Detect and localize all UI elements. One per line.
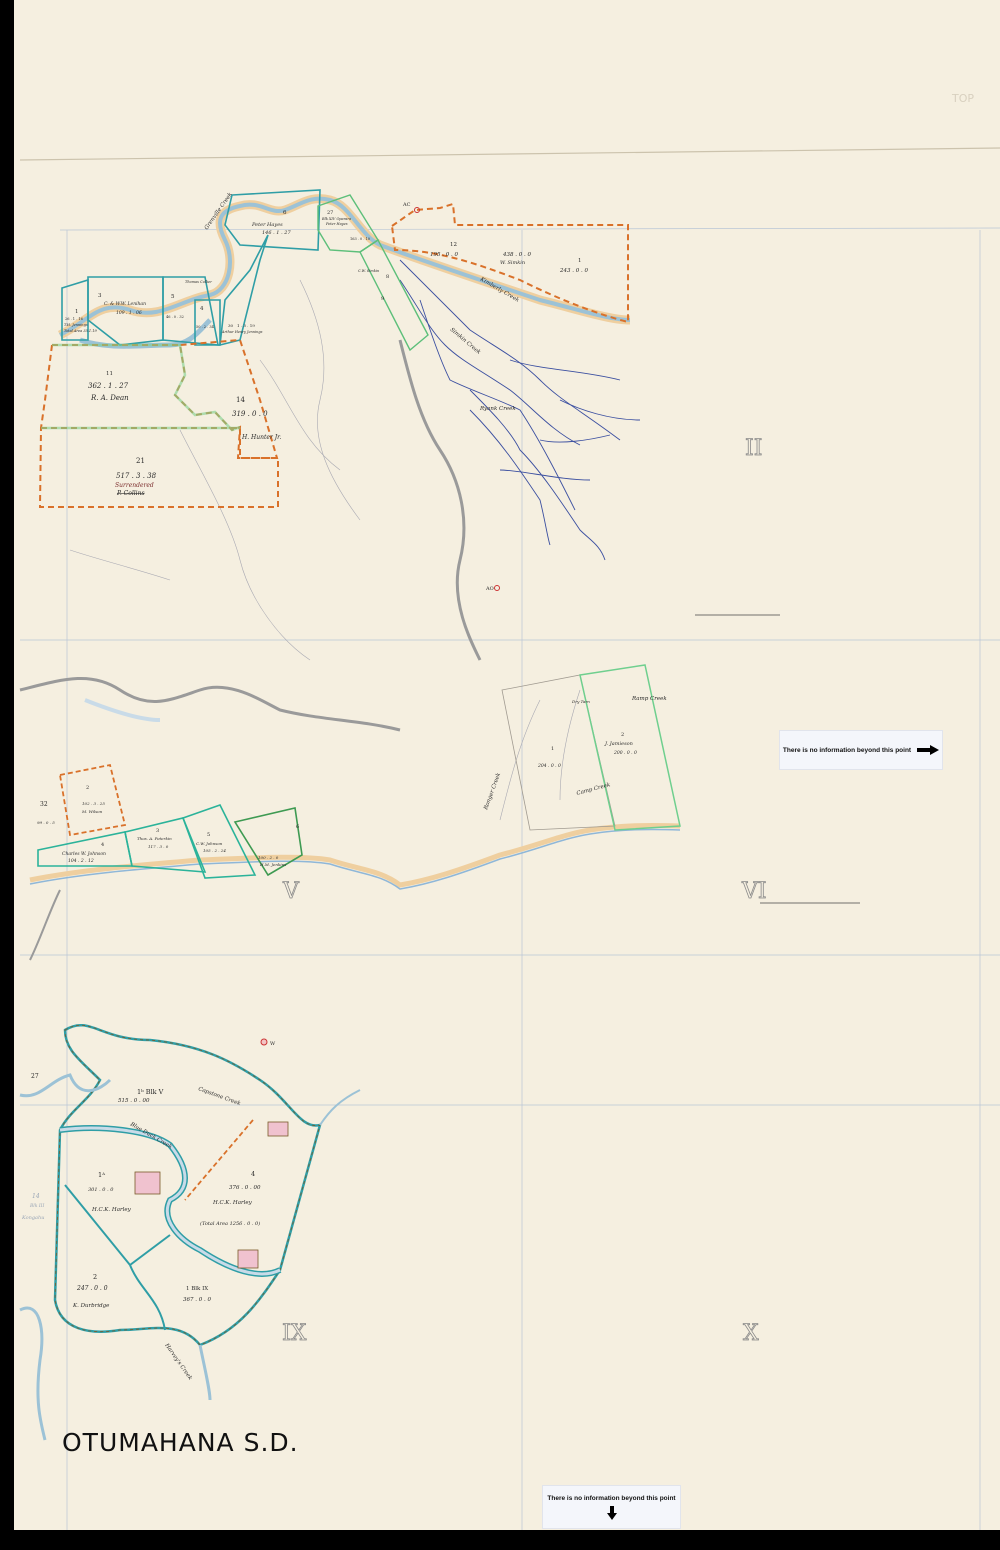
parcel-2-low-owner: K. Durbridge	[72, 1303, 110, 1309]
parcel-3-area: 109 . 1 . 06	[116, 310, 142, 316]
block-vi: VI	[741, 879, 767, 904]
parcel-12-area: 195 . 0 . 0	[430, 252, 458, 258]
parcel-2-mid-num: 2	[86, 785, 89, 791]
parcel-11-area: 362 . 1 . 27	[88, 382, 129, 390]
parcel-2-camp-area: 200 . 0 . 0	[613, 750, 637, 756]
parcel-1a-area: 301 . 0 . 0	[88, 1187, 114, 1193]
parcel-1-camp-area: 204 . 0 . 0	[537, 763, 561, 769]
parcel-14-area: 319 . 0 . 0	[232, 410, 268, 418]
no-info-note-right-text: There is no information beyond this poin…	[783, 747, 911, 754]
parcel-5-area: 46 . 0 . 32	[166, 315, 184, 319]
creek-blue-duck: Blue Duck Creek	[128, 1121, 173, 1151]
block-ii: II	[745, 436, 762, 461]
block-v: V	[282, 879, 300, 904]
parcel-6-mid-num: 6	[296, 824, 299, 830]
parcel-3-mid-area: 117 . 3 . 0	[148, 844, 169, 849]
parcel-5-num: 5	[171, 294, 175, 300]
parcel-21-owner: P. Collins	[116, 490, 145, 497]
creek-ryank: Ryank Creek	[479, 406, 516, 412]
parcel-simkin-area: 438 . 0 . 0	[502, 252, 531, 258]
parcel-1-owner: T.H. Jennings	[64, 323, 88, 327]
parcel-4-low-note: (Total Area 1256 . 0 . 0)	[200, 1220, 260, 1227]
parcel-1-simkin-num: 1	[578, 258, 582, 264]
parcel-2-mid-owner: M. Wilson	[81, 809, 103, 814]
parcel-27-note: Blk XIV Oparara	[321, 217, 351, 221]
parcel-30-owner: Arthur Henry Jennings	[221, 330, 263, 334]
parcel-2-low-area: 247 . 0 . 0	[76, 1285, 108, 1292]
main-river-grey	[20, 340, 480, 730]
parcel-32-num: 32	[40, 801, 48, 808]
trig-ac-label: AC	[402, 202, 411, 208]
parcel-14-owner: H. Hunter Jr.	[241, 434, 281, 441]
creek-ramp: Ramp Creek	[631, 696, 667, 702]
parcel-1-note: Total Area 35.1.19	[64, 329, 97, 333]
parcel-1-camp-num: 1	[551, 746, 554, 752]
parcel-14-num: 14	[236, 396, 245, 404]
parcel-27-owner: Peter Hayes	[325, 222, 348, 226]
parcel-1-num: 1	[75, 309, 79, 315]
parcel-21-area: 517 . 3 . 38	[116, 472, 157, 480]
parcel-11-owner: R. A. Dean	[90, 394, 129, 402]
parcel-14-kongahu-block: Blk III	[29, 1203, 44, 1209]
no-info-note-right: There is no information beyond this poin…	[779, 730, 943, 770]
parcel-4-mid-area: 104 . 2 . 12	[68, 858, 94, 864]
parcel-27-num: 27	[327, 210, 333, 216]
parcel-4-low-num: 4	[251, 1170, 255, 1178]
parcel-8-num: 8	[386, 274, 389, 280]
no-info-note-down: There is no information beyond this poin…	[542, 1485, 681, 1529]
parcel-5-mid-area: 105 . 2 . 24	[203, 848, 226, 853]
creek-network	[400, 260, 640, 560]
parcel-27-area: 163 . 0 . 10	[350, 237, 370, 241]
parcel-6-mid-area: 100 . 2 . 0	[258, 855, 279, 860]
parcel-1-simkin-area: 243 . 0 . 0	[559, 268, 588, 274]
parcel-4-mid-num: 4	[101, 842, 104, 848]
parcel-2-camp-num: 2	[621, 732, 624, 738]
parcel-3-mid-owner: Thos. A. Peterkin	[137, 836, 172, 841]
parcel-5-mid-owner: C.W. Johnson	[196, 841, 223, 846]
parcels-11-14-21	[40, 340, 278, 507]
parcel-1a-owner: H.C.K. Harley	[91, 1207, 132, 1213]
parcel-3-owner: C. & W.W. Lenihan	[104, 301, 146, 307]
parcel-14-kongahu-num: 14	[32, 1193, 40, 1200]
cadastral-map: AC AO W II V VI IX X Grenville Creek Kim…	[0, 0, 1000, 1550]
parcel-21-num: 21	[136, 457, 145, 465]
parcel-1-blkv-area: 515 . 0 . 00	[118, 1098, 150, 1104]
parcel-4-area: 50 . 2 . 34	[196, 325, 215, 329]
parcel-21-status: Surrendered	[115, 482, 154, 489]
parcel-1-area: 26 . 1 . 16	[65, 317, 83, 321]
arrow-right-icon	[917, 745, 939, 755]
parcel-4-low-area: 376 . 0 . 00	[229, 1185, 261, 1191]
parcel-3-mid-num: 3	[156, 828, 159, 834]
parcel-8-owner: C.W. Simkin	[358, 269, 380, 273]
parcel-6-num: 6	[283, 210, 287, 216]
parcel-32-area: 99 . 0 . 5	[37, 820, 55, 825]
parcel-6-owner: Peter Hayes	[251, 222, 283, 228]
parcel-14-kongahu-district: Kongahu	[21, 1215, 44, 1221]
parcel-4-mid-owner: Charles W. Johnson	[62, 851, 106, 857]
creek-harveys: Harvey's Creek	[163, 1342, 193, 1382]
creek-simkin: Simkin Creek	[449, 327, 482, 356]
parcel-5-mid-num: 5	[207, 832, 210, 838]
block-ix: IX	[282, 1321, 307, 1346]
parcel-5-owner: Thomas Collier	[185, 280, 212, 284]
parcel-1-blkix-area: 367 . 0 . 0	[183, 1297, 211, 1303]
trig-w-label: W	[270, 1041, 276, 1047]
parcel-3-num: 3	[98, 293, 102, 299]
no-info-note-down-text: There is no information beyond this poin…	[547, 1495, 675, 1502]
dry-tarn: Dry Tarn	[571, 699, 590, 704]
parcel-2-low-num: 2	[93, 1273, 97, 1281]
grid-lines	[20, 228, 1000, 1530]
parcel-1a-num: 1ᴬ	[98, 1171, 105, 1179]
reserve-1	[135, 1172, 160, 1194]
parcel-27-low-num: 27	[31, 1073, 39, 1080]
creek-capstone: Capstone Creek	[197, 1086, 242, 1107]
reserve-2	[268, 1122, 288, 1136]
arrow-down-icon	[607, 1506, 617, 1520]
parcel-6-area: 146 . 1 . 27	[262, 230, 291, 236]
block-x: X	[743, 1321, 759, 1346]
parcel-1-blkv-num: 1ᵇ Blk V	[137, 1088, 164, 1096]
parcel-1-blkix-num: 1 Blk IX	[186, 1286, 208, 1292]
parcel-11-num: 11	[106, 371, 113, 377]
parcel-simkin-owner: W. Simkin	[500, 260, 525, 266]
parcel-2-camp-owner: J. Jamieson	[604, 741, 633, 747]
parcel-6-mid-owner: H.M. Jenkins	[259, 862, 286, 867]
parcels-camp-creek	[502, 665, 680, 830]
map-title: OTUMAHANA S.D.	[62, 1428, 299, 1457]
trig-ao-label: AO	[485, 586, 494, 592]
parcel-30-area: 1 . 3 . 19	[237, 323, 255, 328]
faint-streams	[70, 280, 580, 820]
reserve-3	[238, 1250, 258, 1268]
creek-ronger: Ronger Creek	[483, 772, 502, 812]
parcel-12-num: 12	[450, 242, 457, 248]
parcel-9-num: 9	[381, 296, 384, 302]
parcel-2-mid-area: 102 . 3 . 25	[82, 801, 105, 806]
parcel-4-low-owner: H.C.K. Harley	[212, 1200, 253, 1206]
parcel-4-num: 4	[200, 306, 204, 312]
parcel-30-num: 30	[228, 323, 234, 328]
